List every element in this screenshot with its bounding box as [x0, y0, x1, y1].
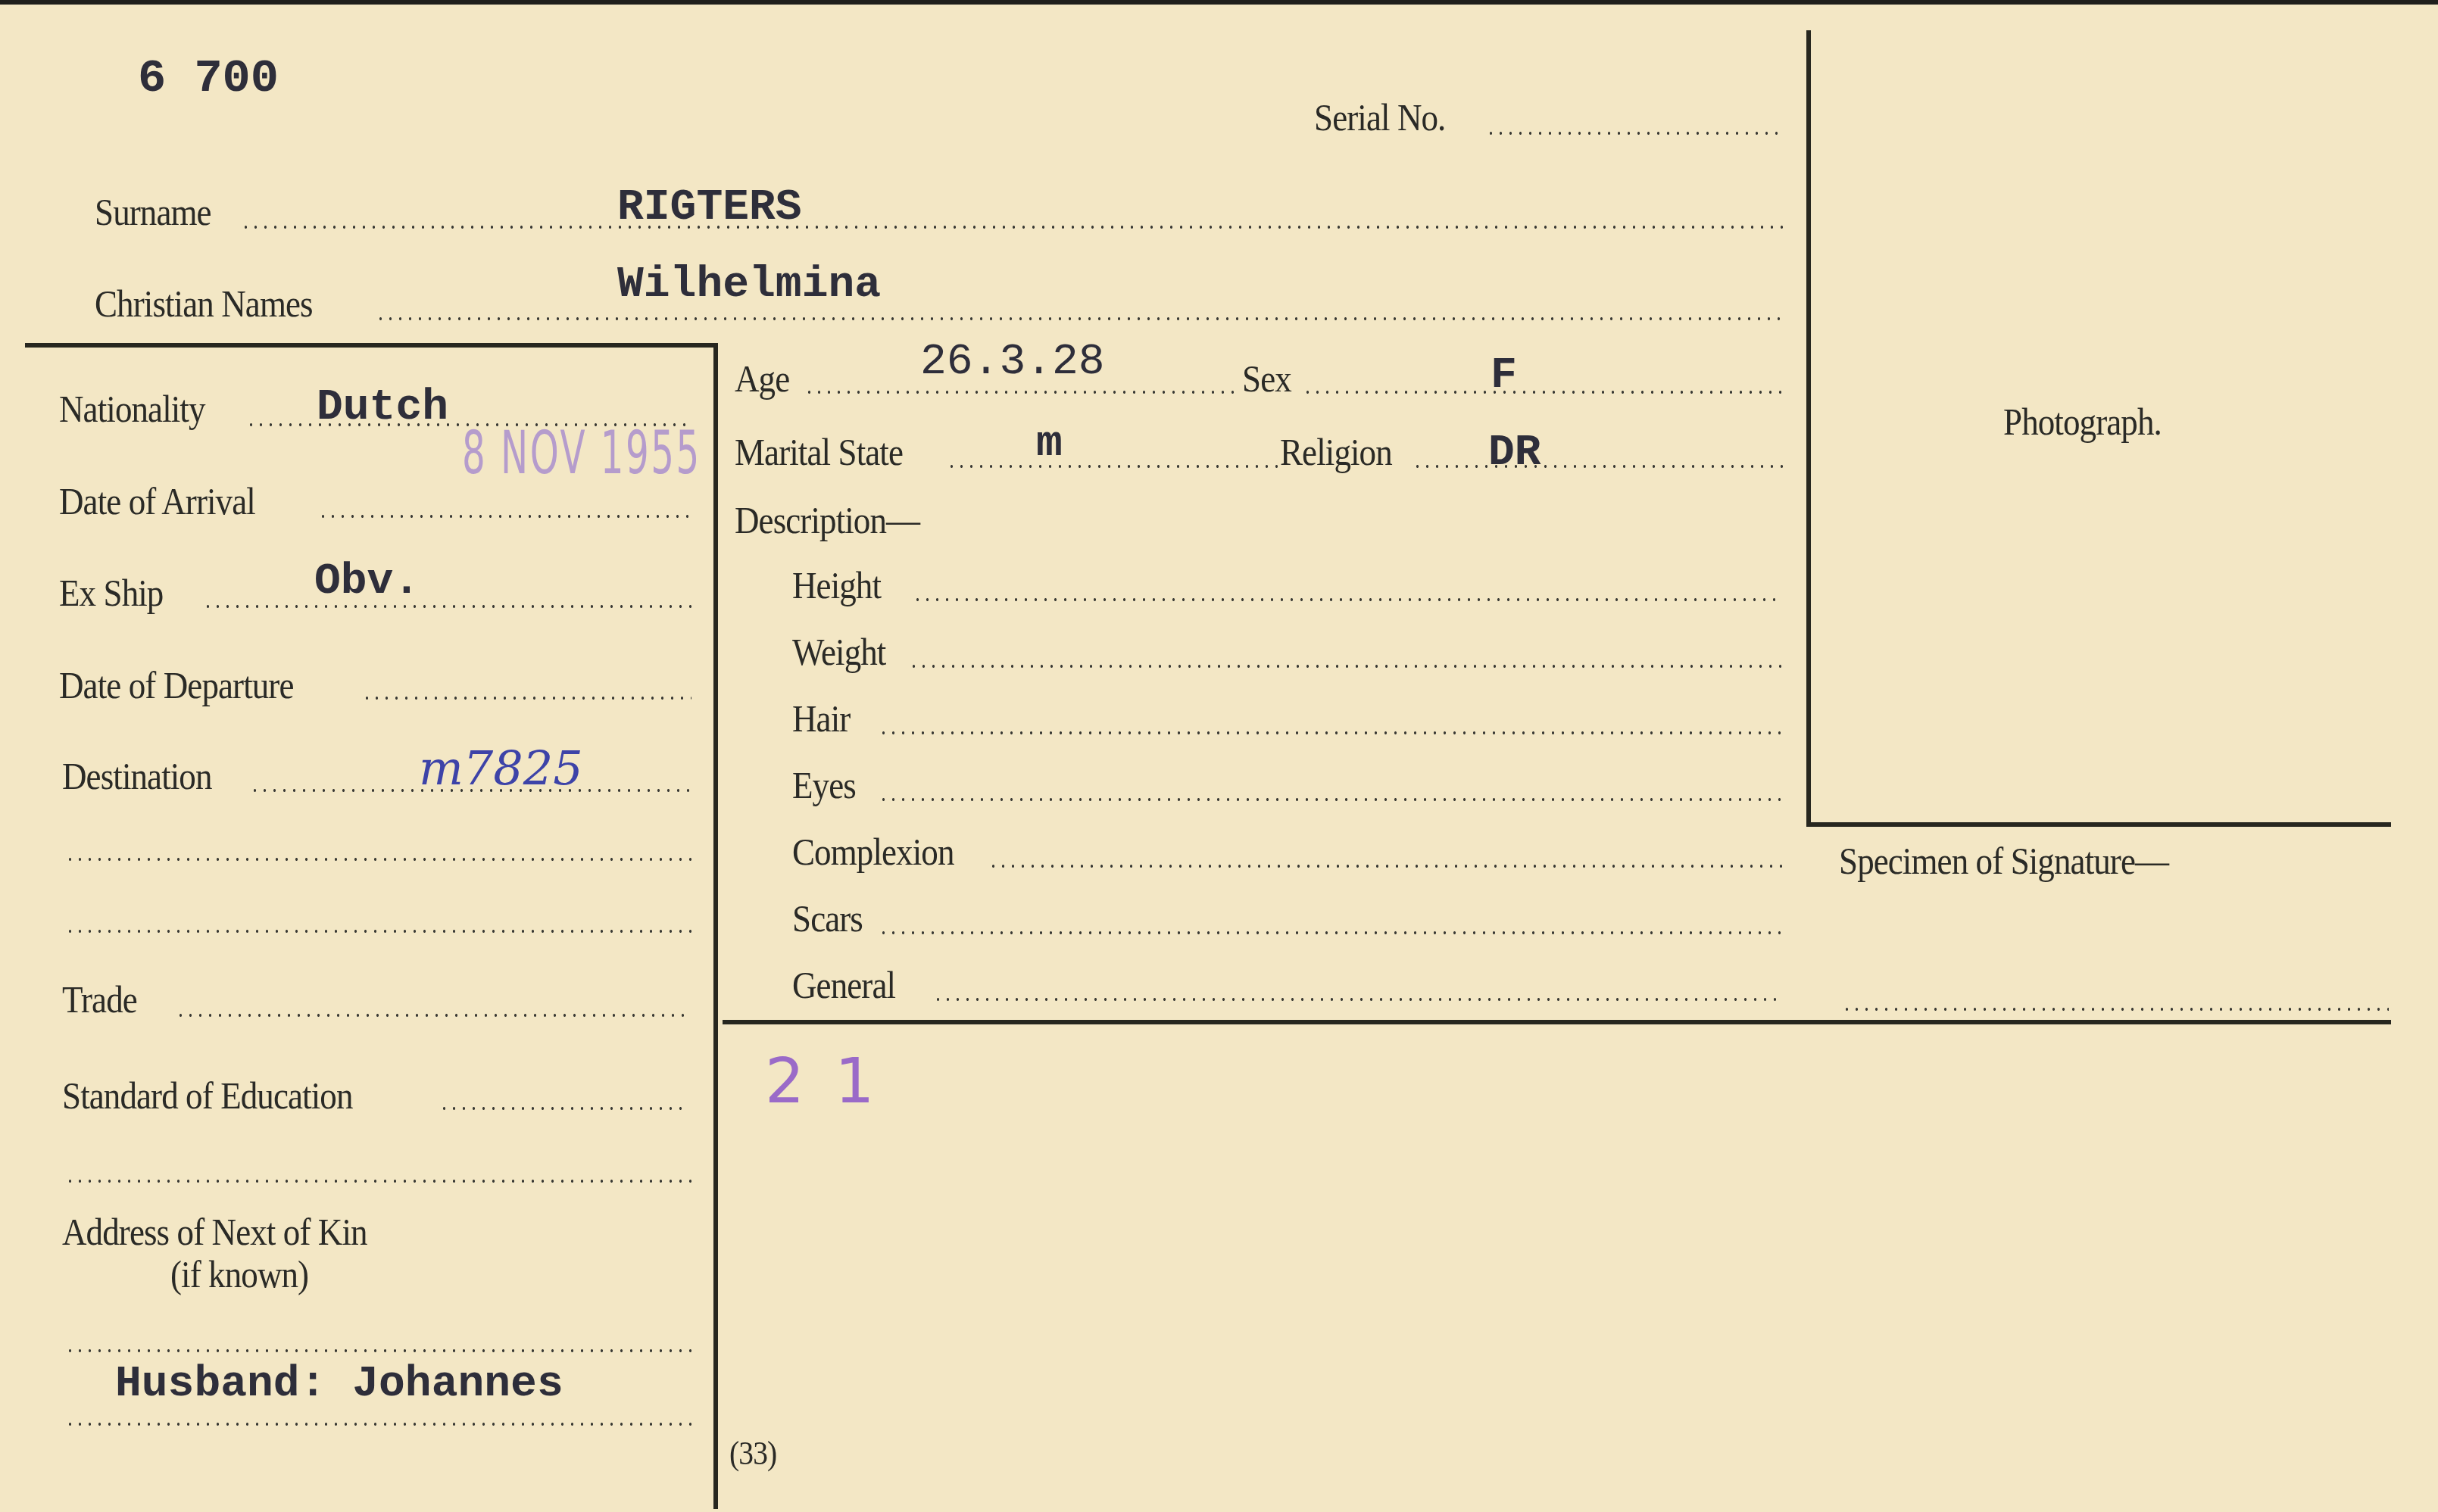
education-field[interactable]	[439, 1107, 685, 1110]
religion-label: Religion	[1280, 430, 1392, 474]
signature-label: Specimen of Signature—	[1839, 839, 2168, 883]
eyes-label: Eyes	[792, 763, 856, 807]
surname-value: RIGTERS	[617, 183, 802, 232]
destination-label: Destination	[62, 754, 212, 798]
sex-label: Sex	[1242, 357, 1291, 401]
religion-field[interactable]	[1413, 465, 1783, 468]
next-of-kin-value: Husband: Johannes	[115, 1360, 563, 1409]
complexion-label: Complexion	[792, 830, 954, 874]
next-of-kin-field-2[interactable]	[65, 1423, 691, 1426]
trade-label: Trade	[62, 977, 137, 1021]
date-of-arrival-field[interactable]	[318, 515, 691, 518]
photo-box-left-rule	[1806, 30, 1811, 827]
surname-field[interactable]	[241, 226, 1783, 229]
eyes-field[interactable]	[879, 798, 1783, 801]
date-stamp: 8 NOV 1955	[462, 419, 701, 488]
serial-no-label: Serial No.	[1314, 95, 1445, 139]
scars-field[interactable]	[879, 931, 1783, 934]
blank-line-1[interactable]	[65, 858, 691, 861]
sex-value: F	[1491, 351, 1517, 401]
height-label: Height	[792, 563, 881, 607]
height-field[interactable]	[913, 598, 1783, 601]
general-label: General	[792, 963, 895, 1007]
weight-label: Weight	[792, 630, 885, 674]
nationality-label: Nationality	[59, 387, 205, 431]
ex-ship-field[interactable]	[203, 605, 691, 608]
destination-value: m7825	[419, 740, 583, 796]
hair-field[interactable]	[879, 731, 1783, 734]
marital-state-label: Marital State	[735, 430, 903, 474]
date-of-departure-label: Date of Departure	[59, 663, 294, 707]
left-panel-top-rule	[25, 343, 718, 348]
sex-field[interactable]	[1303, 391, 1783, 394]
general-field[interactable]	[933, 998, 1783, 1001]
marital-state-field[interactable]	[947, 465, 1280, 468]
form-number: (33)	[729, 1434, 776, 1473]
surname-label: Surname	[95, 190, 211, 234]
ex-ship-label: Ex Ship	[59, 571, 163, 615]
religion-value: DR	[1488, 429, 1541, 478]
christian-names-label: Christian Names	[95, 282, 313, 326]
age-label: Age	[735, 357, 789, 401]
education-label: Standard of Education	[62, 1074, 352, 1118]
date-of-departure-field[interactable]	[362, 697, 691, 700]
christian-names-value: Wilhelmina	[617, 260, 881, 310]
trade-field[interactable]	[176, 1014, 691, 1017]
date-of-arrival-label: Date of Arrival	[59, 479, 255, 523]
weight-field[interactable]	[909, 665, 1783, 668]
registration-card: 6 700 Serial No. Surname RIGTERS Christi…	[0, 0, 2438, 1512]
christian-names-field[interactable]	[376, 317, 1783, 320]
description-label: Description—	[735, 498, 919, 542]
description-bottom-rule	[723, 1020, 2391, 1024]
hair-label: Hair	[792, 697, 850, 740]
nationality-value: Dutch	[317, 383, 448, 432]
next-of-kin-label: Address of Next of Kin	[62, 1210, 367, 1254]
left-panel-divider	[713, 343, 718, 1509]
card-number: 6 700	[138, 51, 279, 105]
signature-field[interactable]	[1842, 1008, 2389, 1011]
marital-state-value: m	[1036, 419, 1063, 469]
photograph-area[interactable]	[1812, 30, 2391, 822]
serial-no-field[interactable]	[1486, 132, 1783, 135]
scars-label: Scars	[792, 896, 863, 940]
complexion-field[interactable]	[988, 865, 1783, 868]
next-of-kin-field-1[interactable]	[65, 1349, 691, 1352]
stamp-number: 21	[765, 1046, 904, 1118]
age-value: 26.3.28	[920, 338, 1105, 387]
ex-ship-value: Obv.	[314, 557, 420, 606]
education-field-2[interactable]	[65, 1180, 691, 1183]
blank-line-2[interactable]	[65, 930, 691, 933]
age-field[interactable]	[804, 391, 1240, 394]
photo-box-bottom-rule	[1806, 822, 2391, 827]
next-of-kin-sublabel: (if known)	[170, 1252, 308, 1296]
